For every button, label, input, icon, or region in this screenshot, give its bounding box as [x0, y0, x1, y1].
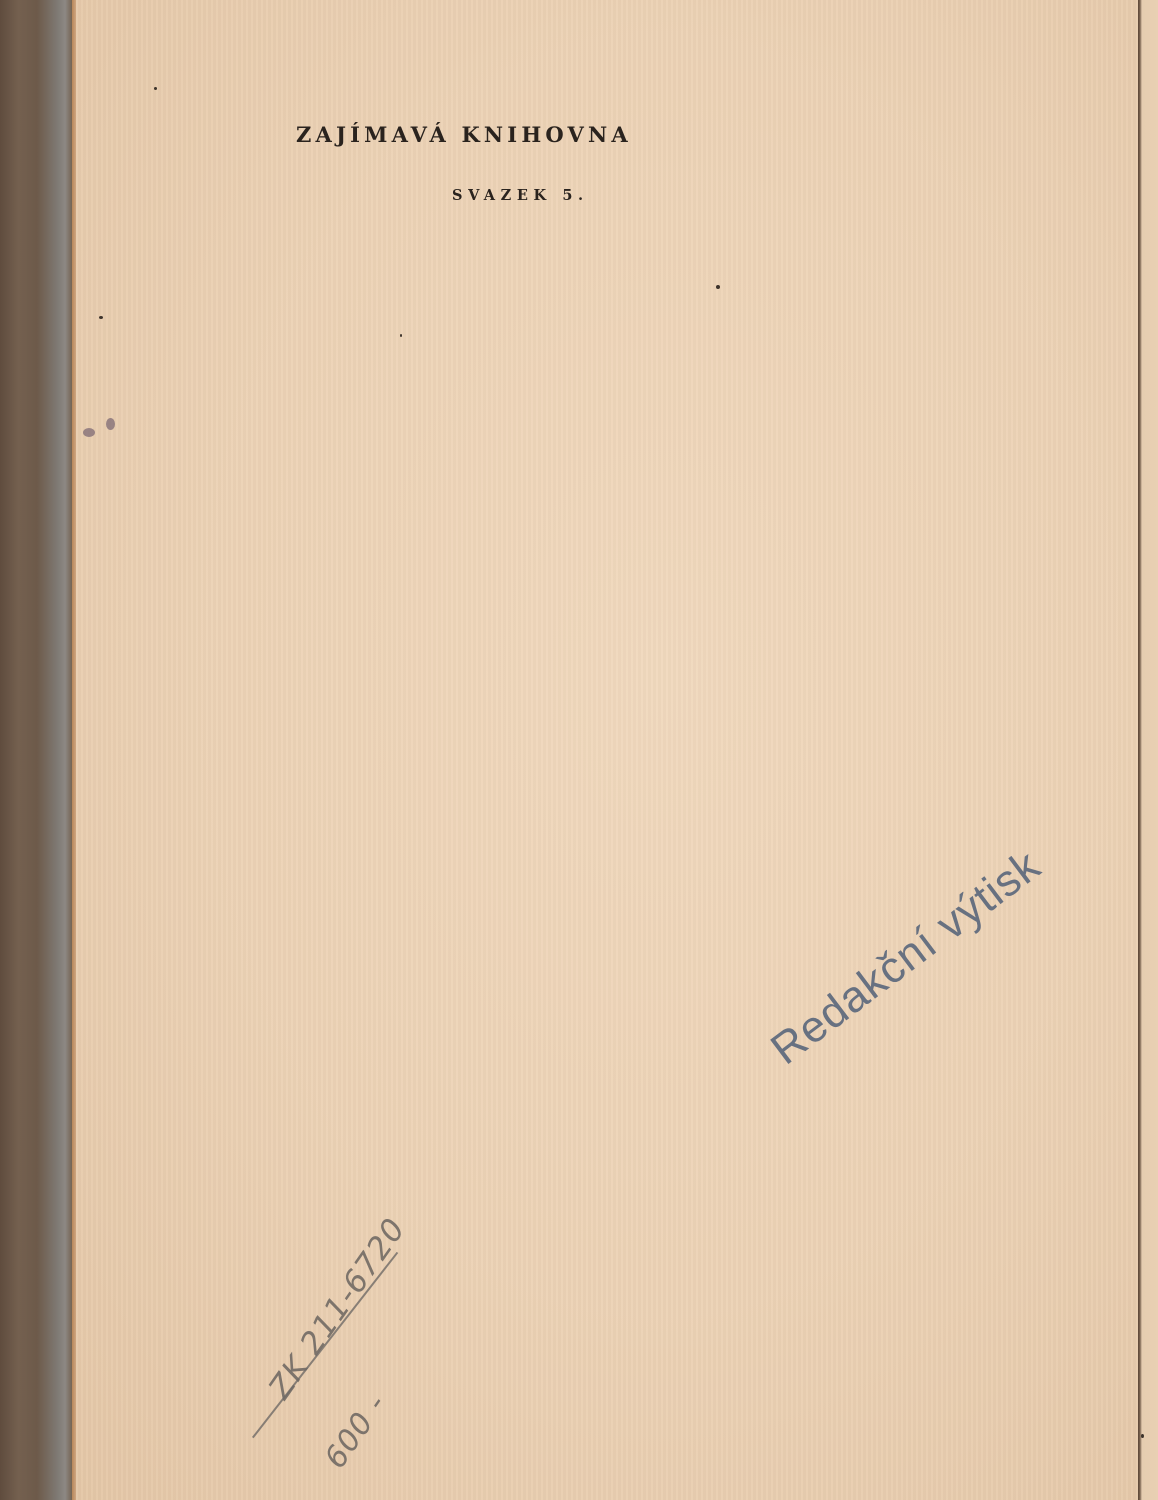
book-spine: [0, 0, 74, 1500]
series-title: ZAJÍMAVÁ KNIHOVNA: [296, 122, 786, 147]
volume-number: SVAZEK 5.: [452, 187, 589, 204]
title-page: [76, 0, 1138, 1500]
paper-stain: [106, 418, 115, 430]
paper-speck: [716, 285, 720, 289]
paper-speck: [154, 87, 157, 90]
paper-stain: [83, 428, 95, 437]
paper-speck: [400, 334, 402, 337]
paper-speck: [1141, 1434, 1144, 1438]
paper-speck: [99, 316, 103, 319]
page-right-edge: [1138, 0, 1158, 1500]
